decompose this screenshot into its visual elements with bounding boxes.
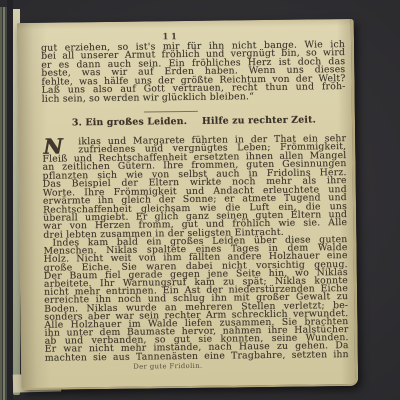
book-page: 11 gut erziehen, so ist's mir für ihn ni… xyxy=(17,19,358,390)
chapter-title-part1: Ein großes Leiden. xyxy=(85,116,187,128)
drop-cap-initial: N xyxy=(43,137,77,155)
chapter-opening-paragraph: N iklas und Margarete führten in der Tha… xyxy=(42,135,347,240)
text-line: lich sein, so werden wir glücklich bleib… xyxy=(42,92,346,104)
accident-paragraph: Indes kam bald ein großes Leiden über di… xyxy=(43,236,348,363)
paragraph-continuation: gut erziehen, so ist's mir für ihn nicht… xyxy=(41,41,346,104)
running-title-footer: Der gute Fridolin. xyxy=(68,361,268,371)
text-line: machten sie aus Tannenästen eine Tragbah… xyxy=(45,351,349,363)
chapter-number: 3. xyxy=(72,117,82,128)
book-scan: 11 gut erziehen, so ist's mir für ihn ni… xyxy=(0,0,400,400)
chapter-heading: 3. Ein großes Leiden. Hilfe zu rechter Z… xyxy=(42,114,346,129)
chapter-title-part2: Hilfe zu rechter Zeit. xyxy=(202,114,316,126)
section-separator-rule xyxy=(144,111,198,113)
book-page-edges xyxy=(0,7,7,400)
chapter-opening-lines: iklas und Margarete führten in der That … xyxy=(42,135,347,240)
